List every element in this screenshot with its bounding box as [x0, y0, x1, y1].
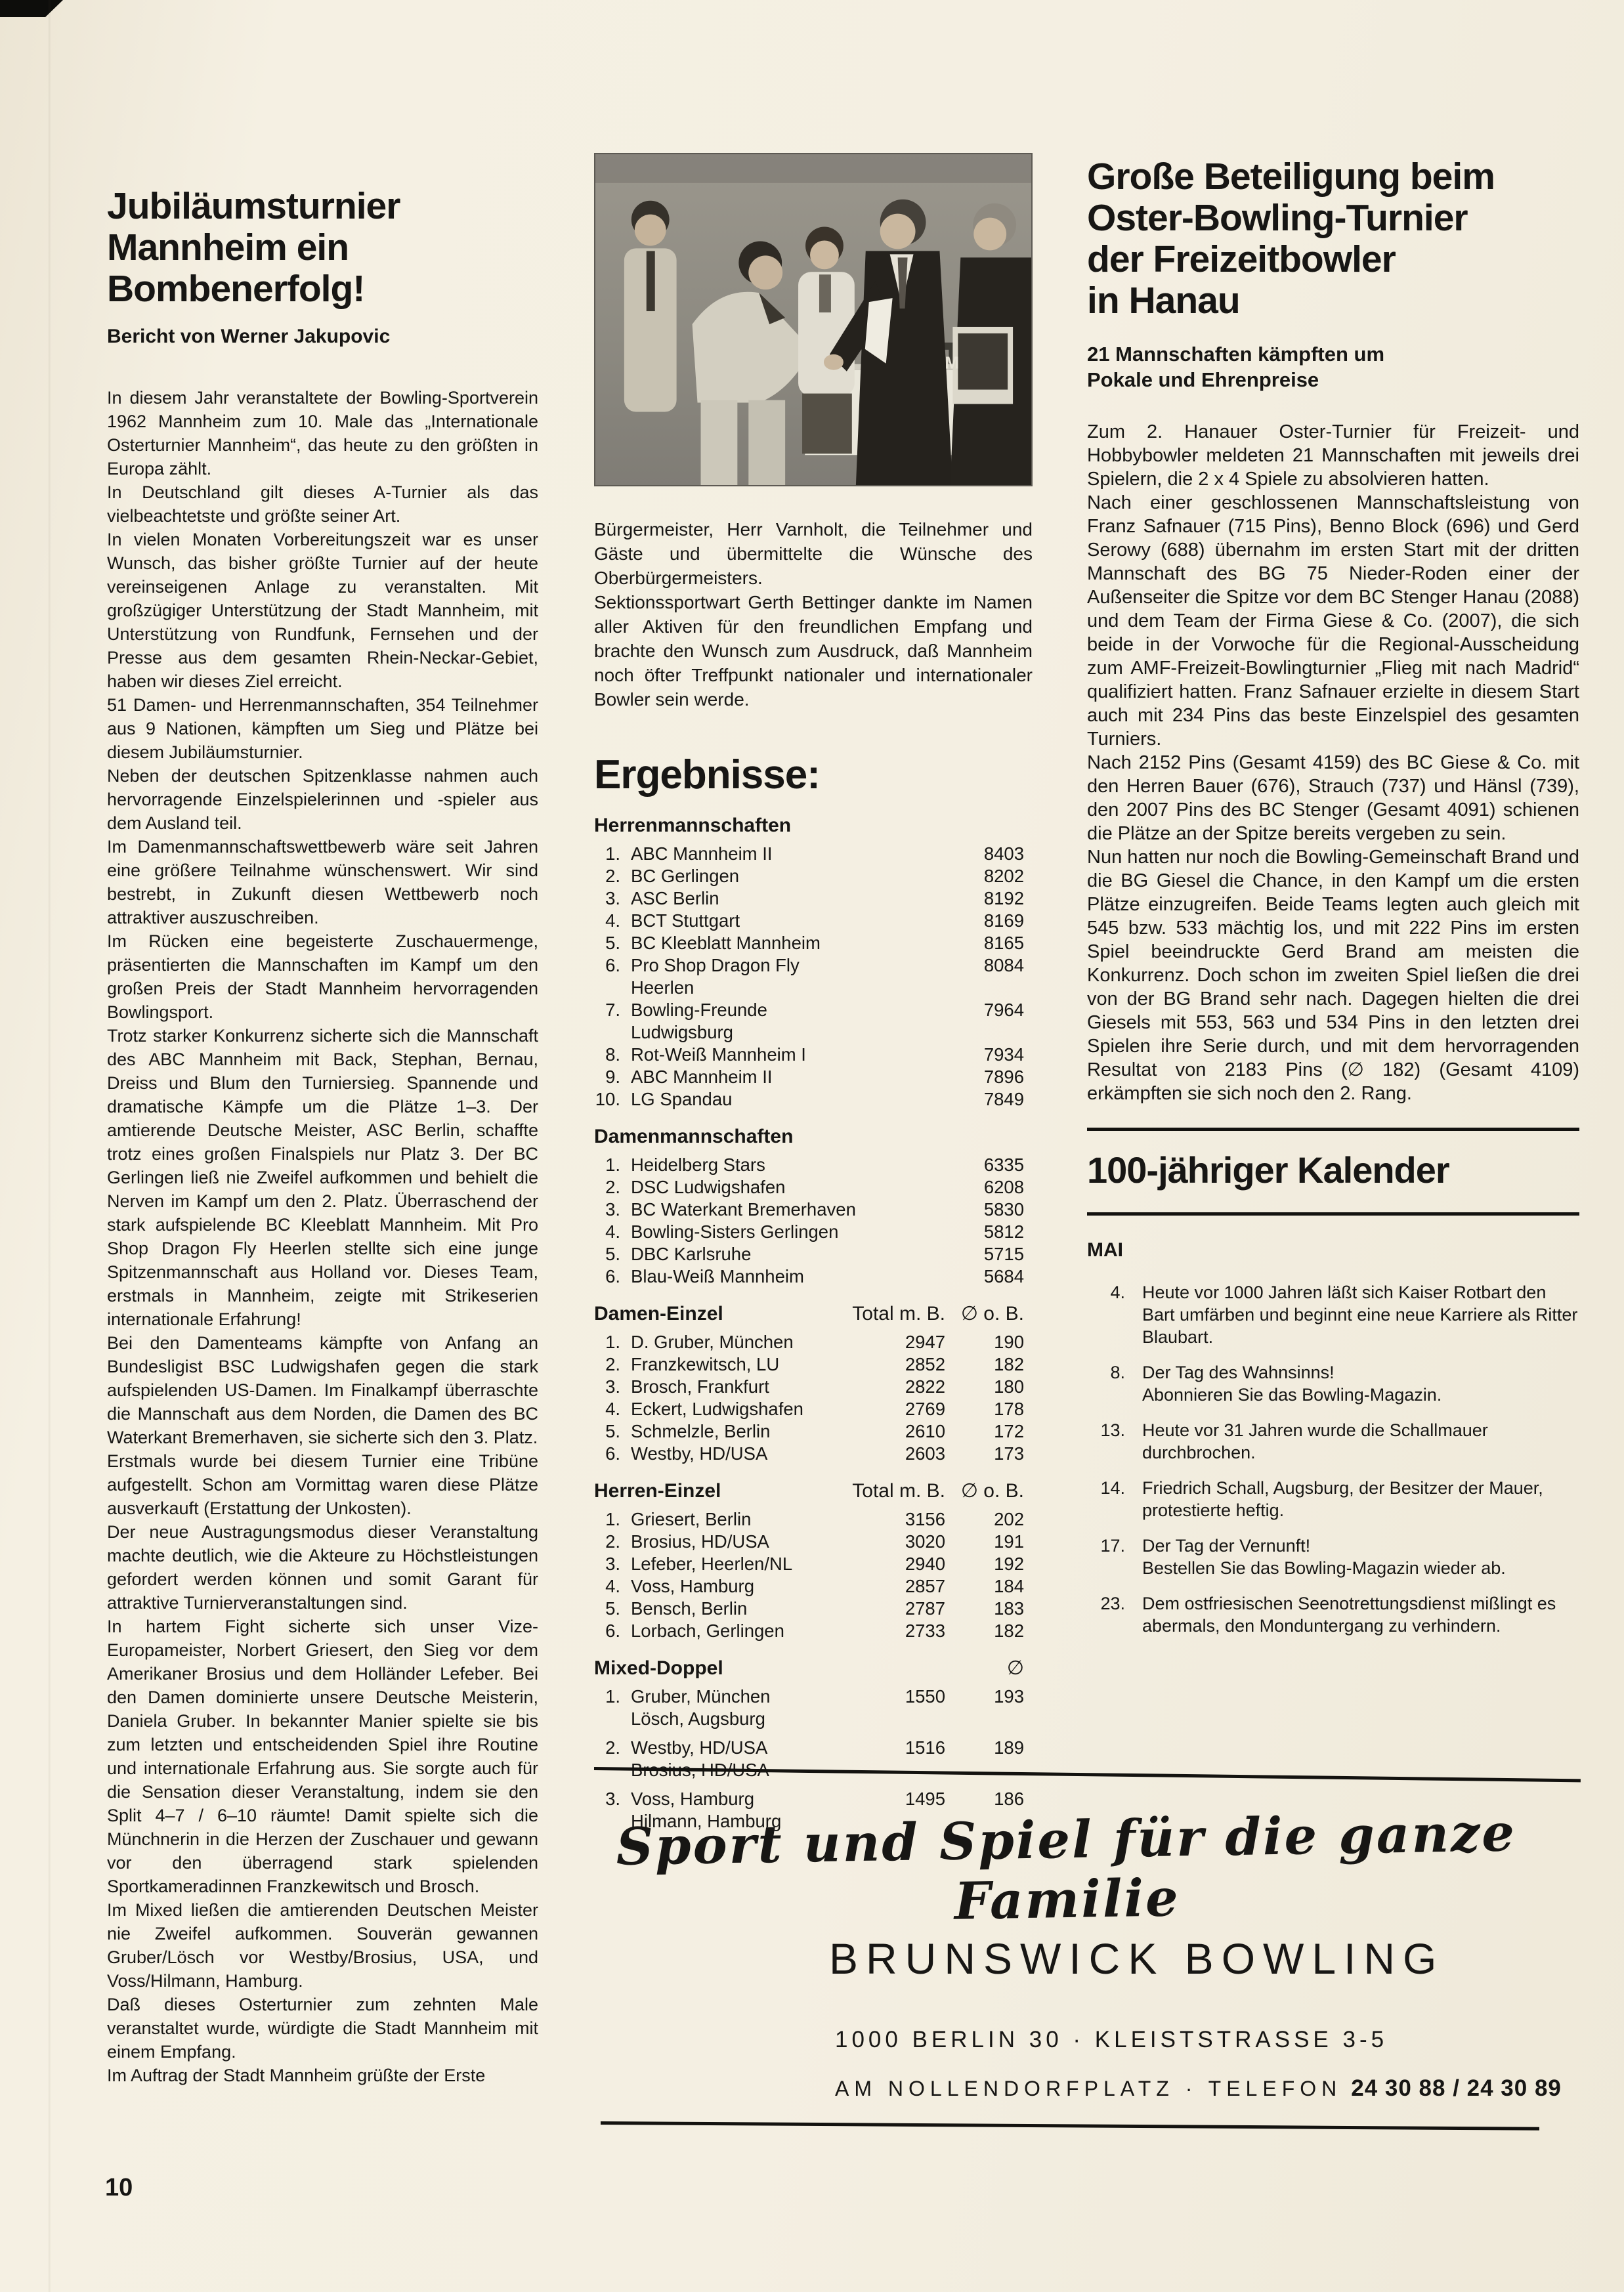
team-name: Pro Shop Dragon Fly Heerlen — [631, 954, 866, 999]
partner-name: Lösch, Augsburg — [631, 1708, 866, 1730]
subtitle-line: 21 Mannschaften kämpften um — [1087, 341, 1579, 367]
title-line: Große Beteiligung beim — [1087, 156, 1579, 198]
rank: 9. — [594, 1066, 631, 1088]
score: 8169 — [866, 910, 1024, 932]
score: 8084 — [866, 954, 1024, 999]
average: 184 — [945, 1575, 1024, 1598]
result-row: 6. Pro Shop Dragon Fly Heerlen 8084 — [594, 954, 1024, 999]
results-section-damen-einzel: Damen-Einzel Total m. B. ∅ o. B. 1. D. G… — [594, 1302, 1024, 1465]
team-name: BC Waterkant Bremerhaven — [631, 1199, 866, 1221]
result-row: 2. DSC Ludwigshafen 6208 — [594, 1176, 1024, 1199]
scan-corner-mark — [0, 0, 63, 17]
total: 2940 — [866, 1553, 945, 1575]
rank: 3. — [594, 1553, 631, 1575]
calendar-day: 13. — [1087, 1419, 1125, 1464]
team-name: DSC Ludwigshafen — [631, 1176, 866, 1199]
result-row: 1. ABC Mannheim II 8403 — [594, 843, 1024, 865]
calendar-entries: 4. Heute vor 1000 Jahren läßt sich Kaise… — [1087, 1281, 1579, 1637]
rank: 8. — [594, 1044, 631, 1066]
paragraph: Daß dieses Osterturnier zum zehnten Male… — [107, 1993, 538, 2064]
result-row: 5. Schmelzle, Berlin 2610 172 — [594, 1420, 1024, 1443]
player-name: Lefeber, Heerlen/NL — [631, 1553, 866, 1575]
subtitle-line: Pokale und Ehrenpreise — [1087, 367, 1579, 393]
player-name: Brosius, HD/USA — [631, 1531, 866, 1553]
result-row: 4. Voss, Hamburg 2857 184 — [594, 1575, 1024, 1598]
rank: 2. — [594, 1531, 631, 1553]
left-article-byline: Bericht von Werner Jakupovic — [107, 326, 538, 348]
calendar-text: Friedrich Schall, Augsburg, der Besitzer… — [1142, 1477, 1579, 1521]
calendar-month: MAI — [1087, 1239, 1579, 1262]
score: 7849 — [866, 1088, 1024, 1111]
result-row: 5. BC Kleeblatt Mannheim 8165 — [594, 932, 1024, 954]
rank: 2. — [594, 1737, 631, 1781]
paragraph: 51 Damen- und Herrenmannschaften, 354 Te… — [107, 693, 538, 764]
column-header-total: Total m. B. — [852, 1302, 945, 1326]
result-row: 2. Franzkewitsch, LU 2852 182 — [594, 1353, 1024, 1376]
calendar-entry: 4. Heute vor 1000 Jahren läßt sich Kaise… — [1087, 1281, 1579, 1348]
player-name: Bensch, Berlin — [631, 1598, 866, 1620]
player-name: Westby, HD/USA — [631, 1443, 866, 1465]
total: 2603 — [866, 1443, 945, 1465]
player-name: Westby, HD/USA — [631, 1737, 767, 1758]
average: 192 — [945, 1553, 1024, 1575]
result-row: 3. Brosch, Frankfurt 2822 180 — [594, 1376, 1024, 1398]
paragraph: Trotz starker Konkurrenz sicherte sich d… — [107, 1024, 538, 1331]
total: 1516 — [866, 1737, 945, 1781]
section-title: Mixed-Doppel — [594, 1657, 866, 1680]
pair-names: Gruber, MünchenLösch, Augsburg — [631, 1686, 866, 1730]
section-title: Herren-Einzel — [594, 1479, 866, 1503]
calendar-title: 100-jähriger Kalender — [1087, 1128, 1579, 1216]
average: 182 — [945, 1620, 1024, 1642]
rank: 10. — [594, 1088, 631, 1111]
average: 172 — [945, 1420, 1024, 1443]
rank: 3. — [594, 1199, 631, 1221]
ad-brand: BRUNSWICK BOWLING — [829, 1934, 1444, 1984]
reception-photo: M — [594, 153, 1033, 486]
paragraph: Erstmals wurde bei diesem Turnier eine T… — [107, 1449, 538, 1520]
left-article-body: In diesem Jahr veranstaltete der Bowling… — [107, 386, 538, 2087]
team-name: ABC Mannheim II — [631, 1066, 866, 1088]
paragraph: Nun hatten nur noch die Bowling-Gemeinsc… — [1087, 845, 1579, 1105]
team-name: Bowling-Sisters Gerlingen — [631, 1221, 866, 1243]
player-name: Eckert, Ludwigshafen — [631, 1398, 866, 1420]
player-name: Schmelzle, Berlin — [631, 1420, 866, 1443]
player-name: Franzkewitsch, LU — [631, 1353, 866, 1376]
calendar-text: Heute vor 31 Jahren wurde die Schallmaue… — [1142, 1419, 1579, 1464]
rank: 5. — [594, 1420, 631, 1443]
calendar-day: 8. — [1087, 1361, 1125, 1406]
rank: 5. — [594, 1598, 631, 1620]
paragraph: In diesem Jahr veranstaltete der Bowling… — [107, 386, 538, 480]
total: 2947 — [866, 1331, 945, 1353]
right-article-body: Zum 2. Hanauer Oster-Turnier für Freizei… — [1087, 420, 1579, 1105]
result-row: 2. Brosius, HD/USA 3020 191 — [594, 1531, 1024, 1553]
player-name: D. Gruber, München — [631, 1331, 866, 1353]
rank: 2. — [594, 865, 631, 887]
score: 8403 — [866, 843, 1024, 865]
average: 202 — [945, 1508, 1024, 1531]
paragraph: In Deutschland gilt dieses A-Turnier als… — [107, 480, 538, 528]
paragraph: Bei den Damenteams kämpfte von Anfang an… — [107, 1331, 538, 1449]
result-row: 4. BCT Stuttgart 8169 — [594, 910, 1024, 932]
pair-names: Westby, HD/USABrosius, HD/USA — [631, 1737, 866, 1781]
total: 3156 — [866, 1508, 945, 1531]
calendar: 100-jähriger Kalender MAI 4. Heute vor 1… — [1087, 1128, 1579, 1637]
paragraph: In hartem Fight sicherte sich unser Vize… — [107, 1615, 538, 1898]
score: 5684 — [866, 1265, 1024, 1288]
paragraph: Im Rücken eine begeisterte Zuschauermeng… — [107, 929, 538, 1024]
player-name: Voss, Hamburg — [631, 1789, 754, 1809]
team-name: BC Kleeblatt Mannheim — [631, 932, 866, 954]
calendar-entry: 17. Der Tag der Vernunft! Bestellen Sie … — [1087, 1535, 1579, 1579]
score: 6335 — [866, 1154, 1024, 1176]
photo-letter-m: M — [945, 354, 959, 373]
column-header-average: ∅ o. B. — [961, 1302, 1024, 1326]
column-header-average: ∅ — [1007, 1657, 1024, 1680]
ad-address-line1: 1000 BERLIN 30 · KLEISTSTRASSE 3-5 — [835, 2027, 1388, 2053]
title-line: Oster-Bowling-Turnier — [1087, 198, 1579, 239]
result-row: 3. Lefeber, Heerlen/NL 2940 192 — [594, 1553, 1024, 1575]
paragraph: Neben der deutschen Spitzenklasse nahmen… — [107, 764, 538, 835]
total: 3020 — [866, 1531, 945, 1553]
calendar-day: 4. — [1087, 1281, 1125, 1348]
result-row: 2. BC Gerlingen 8202 — [594, 865, 1024, 887]
rank: 6. — [594, 954, 631, 999]
results: Ergebnisse: Herrenmannschaften 1. ABC Ma… — [594, 753, 1024, 1839]
divider-rule-bottom — [601, 2121, 1539, 2131]
rank: 4. — [594, 1575, 631, 1598]
right-article-title: Große Beteiligung beimOster-Bowling-Turn… — [1087, 156, 1579, 322]
rank: 1. — [594, 1686, 631, 1730]
score: 6208 — [866, 1176, 1024, 1199]
total: 2769 — [866, 1398, 945, 1420]
rank: 5. — [594, 1243, 631, 1265]
result-row: 10. LG Spandau 7849 — [594, 1088, 1024, 1111]
reception-photo-image: M — [594, 153, 1033, 486]
calendar-day: 23. — [1087, 1592, 1125, 1637]
team-name: LG Spandau — [631, 1088, 866, 1111]
results-section-herrenmannschaften: Herrenmannschaften 1. ABC Mannheim II 84… — [594, 814, 1024, 1111]
total: 1550 — [866, 1686, 945, 1730]
right-article: Große Beteiligung beimOster-Bowling-Turn… — [1087, 156, 1579, 1650]
result-row: 7. Bowling-Freunde Ludwigsburg 7964 — [594, 999, 1024, 1044]
left-article-title: JubiläumsturnierMannheim einBombenerfolg… — [107, 186, 538, 310]
result-row: 1. Griesert, Berlin 3156 202 — [594, 1508, 1024, 1531]
total: 2852 — [866, 1353, 945, 1376]
ad-tagline: Sport und Spiel für die ganze Familie — [593, 1803, 1541, 1938]
column-header-total: Total m. B. — [852, 1479, 945, 1503]
paragraph: Im Damenmannschaftswettbewerb wäre seit … — [107, 835, 538, 929]
score: 7896 — [866, 1066, 1024, 1088]
paragraph: In vielen Monaten Vorbereitungszeit war … — [107, 528, 538, 693]
paragraph: Zum 2. Hanauer Oster-Turnier für Freizei… — [1087, 420, 1579, 491]
calendar-text: Dem ostfriesischen Seenotrettungsdienst … — [1142, 1592, 1579, 1637]
score: 7964 — [866, 999, 1024, 1044]
score: 8165 — [866, 932, 1024, 954]
title-line: Jubiläumsturnier — [107, 186, 538, 227]
average: 178 — [945, 1398, 1024, 1420]
calendar-text: Heute vor 1000 Jahren läßt sich Kaiser R… — [1142, 1281, 1579, 1348]
score: 5812 — [866, 1221, 1024, 1243]
title-line: Bombenerfolg! — [107, 268, 538, 310]
team-name: ASC Berlin — [631, 887, 866, 910]
result-row: 5. Bensch, Berlin 2787 183 — [594, 1598, 1024, 1620]
result-row: 6. Westby, HD/USA 2603 173 — [594, 1443, 1024, 1465]
player-name: Brosch, Frankfurt — [631, 1376, 866, 1398]
player-name: Gruber, München — [631, 1686, 770, 1707]
results-section-herren-einzel: Herren-Einzel Total m. B. ∅ o. B. 1. Gri… — [594, 1479, 1024, 1642]
rank: 6. — [594, 1265, 631, 1288]
rank: 1. — [594, 1154, 631, 1176]
calendar-day: 14. — [1087, 1477, 1125, 1521]
paragraph: Der neue Austragungsmodus dieser Veranst… — [107, 1520, 538, 1615]
result-row: 4. Bowling-Sisters Gerlingen 5812 — [594, 1221, 1024, 1243]
paragraph: Im Auftrag der Stadt Mannheim grüßte der… — [107, 2064, 538, 2087]
total: 2610 — [866, 1420, 945, 1443]
rank: 1. — [594, 1331, 631, 1353]
title-line: in Hanau — [1087, 280, 1579, 322]
paragraph: Nach 2152 Pins (Gesamt 4159) des BC Gies… — [1087, 751, 1579, 845]
average: 190 — [945, 1331, 1024, 1353]
average: 193 — [945, 1686, 1024, 1730]
right-article-subtitle: 21 Mannschaften kämpften umPokale und Eh… — [1087, 341, 1579, 393]
result-row: 1. D. Gruber, München 2947 190 — [594, 1331, 1024, 1353]
calendar-day: 17. — [1087, 1535, 1125, 1579]
result-row: 4. Eckert, Ludwigshafen 2769 178 — [594, 1398, 1024, 1420]
score: 5830 — [866, 1199, 1024, 1221]
result-row: 6. Blau-Weiß Mannheim 5684 — [594, 1265, 1024, 1288]
paragraph: Im Mixed ließen die amtierenden Deutsche… — [107, 1898, 538, 1993]
ad-address-line2-text: AM NOLLENDORFPLATZ · TELEFON — [835, 2077, 1342, 2100]
calendar-entry: 8. Der Tag des Wahnsinns! Abonnieren Sie… — [1087, 1361, 1579, 1406]
left-article: JubiläumsturnierMannheim einBombenerfolg… — [107, 186, 538, 2087]
rank: 6. — [594, 1620, 631, 1642]
rank: 4. — [594, 910, 631, 932]
caption-paragraph: Bürgermeister, Herr Varnholt, die Teilne… — [594, 517, 1033, 590]
total: 2733 — [866, 1620, 945, 1642]
rank: 2. — [594, 1353, 631, 1376]
rank: 2. — [594, 1176, 631, 1199]
rank: 1. — [594, 843, 631, 865]
result-row: 6. Lorbach, Gerlingen 2733 182 — [594, 1620, 1024, 1642]
calendar-entry: 14. Friedrich Schall, Augsburg, der Besi… — [1087, 1477, 1579, 1521]
result-row: 3. BC Waterkant Bremerhaven 5830 — [594, 1199, 1024, 1221]
calendar-text: Der Tag des Wahnsinns! Abonnieren Sie da… — [1142, 1361, 1579, 1406]
results-heading: Ergebnisse: — [594, 753, 1024, 797]
page-number: 10 — [105, 2174, 133, 2202]
total: 2787 — [866, 1598, 945, 1620]
rank: 6. — [594, 1443, 631, 1465]
total: 2857 — [866, 1575, 945, 1598]
average: 180 — [945, 1376, 1024, 1398]
rank: 7. — [594, 999, 631, 1044]
results-section-mixed-doppel: Mixed-Doppel ∅ 1. Gruber, MünchenLösch, … — [594, 1657, 1024, 1833]
calendar-text: Der Tag der Vernunft! Bestellen Sie das … — [1142, 1535, 1579, 1579]
caption-paragraph: Sektionssportwart Gerth Bettinger dankte… — [594, 590, 1033, 711]
result-row: 5. DBC Karlsruhe 5715 — [594, 1243, 1024, 1265]
section-title: Damen-Einzel — [594, 1302, 866, 1326]
section-title: Herrenmannschaften — [594, 814, 866, 838]
results-section-damenmannschaften: Damenmannschaften 1. Heidelberg Stars 63… — [594, 1125, 1024, 1288]
average: 183 — [945, 1598, 1024, 1620]
team-name: Heidelberg Stars — [631, 1154, 866, 1176]
average: 173 — [945, 1443, 1024, 1465]
page-crease — [49, 0, 51, 2292]
calendar-entry: 13. Heute vor 31 Jahren wurde die Schall… — [1087, 1419, 1579, 1464]
rank: 3. — [594, 887, 631, 910]
result-row: 1. Heidelberg Stars 6335 — [594, 1154, 1024, 1176]
result-row: 8. Rot-Weiß Mannheim I 7934 — [594, 1044, 1024, 1066]
average: 191 — [945, 1531, 1024, 1553]
rank: 4. — [594, 1398, 631, 1420]
photo-caption: Bürgermeister, Herr Varnholt, die Teilne… — [594, 517, 1033, 711]
team-name: Bowling-Freunde Ludwigsburg — [631, 999, 866, 1044]
title-line: der Freizeitbowler — [1087, 239, 1579, 280]
calendar-entry: 23. Dem ostfriesischen Seenotrettungsdie… — [1087, 1592, 1579, 1637]
team-name: BC Gerlingen — [631, 865, 866, 887]
score: 5715 — [866, 1243, 1024, 1265]
ad-phone: 24 30 88 / 24 30 89 — [1351, 2075, 1562, 2101]
rank: 5. — [594, 932, 631, 954]
score: 8192 — [866, 887, 1024, 910]
team-name: ABC Mannheim II — [631, 843, 866, 865]
rank: 3. — [594, 1376, 631, 1398]
player-name: Griesert, Berlin — [631, 1508, 866, 1531]
column-header-average: ∅ o. B. — [961, 1479, 1024, 1503]
average: 182 — [945, 1353, 1024, 1376]
rank: 1. — [594, 1508, 631, 1531]
team-name: Rot-Weiß Mannheim I — [631, 1044, 866, 1066]
total: 2822 — [866, 1376, 945, 1398]
score: 7934 — [866, 1044, 1024, 1066]
score: 8202 — [866, 865, 1024, 887]
player-name: Lorbach, Gerlingen — [631, 1620, 866, 1642]
team-name: BCT Stuttgart — [631, 910, 866, 932]
team-name: Blau-Weiß Mannheim — [631, 1265, 866, 1288]
player-name: Voss, Hamburg — [631, 1575, 866, 1598]
ad-address-line2: AM NOLLENDORFPLATZ · TELEFON24 30 88 / 2… — [835, 2075, 1562, 2102]
result-row: 9. ABC Mannheim II 7896 — [594, 1066, 1024, 1088]
paragraph: Nach einer geschlossenen Mannschaftsleis… — [1087, 491, 1579, 751]
title-line: Mannheim ein — [107, 227, 538, 268]
team-name: DBC Karlsruhe — [631, 1243, 866, 1265]
section-title: Damenmannschaften — [594, 1125, 866, 1149]
rank: 4. — [594, 1221, 631, 1243]
result-row: 3. ASC Berlin 8192 — [594, 887, 1024, 910]
result-row: 1. Gruber, MünchenLösch, Augsburg 1550 1… — [594, 1686, 1024, 1730]
